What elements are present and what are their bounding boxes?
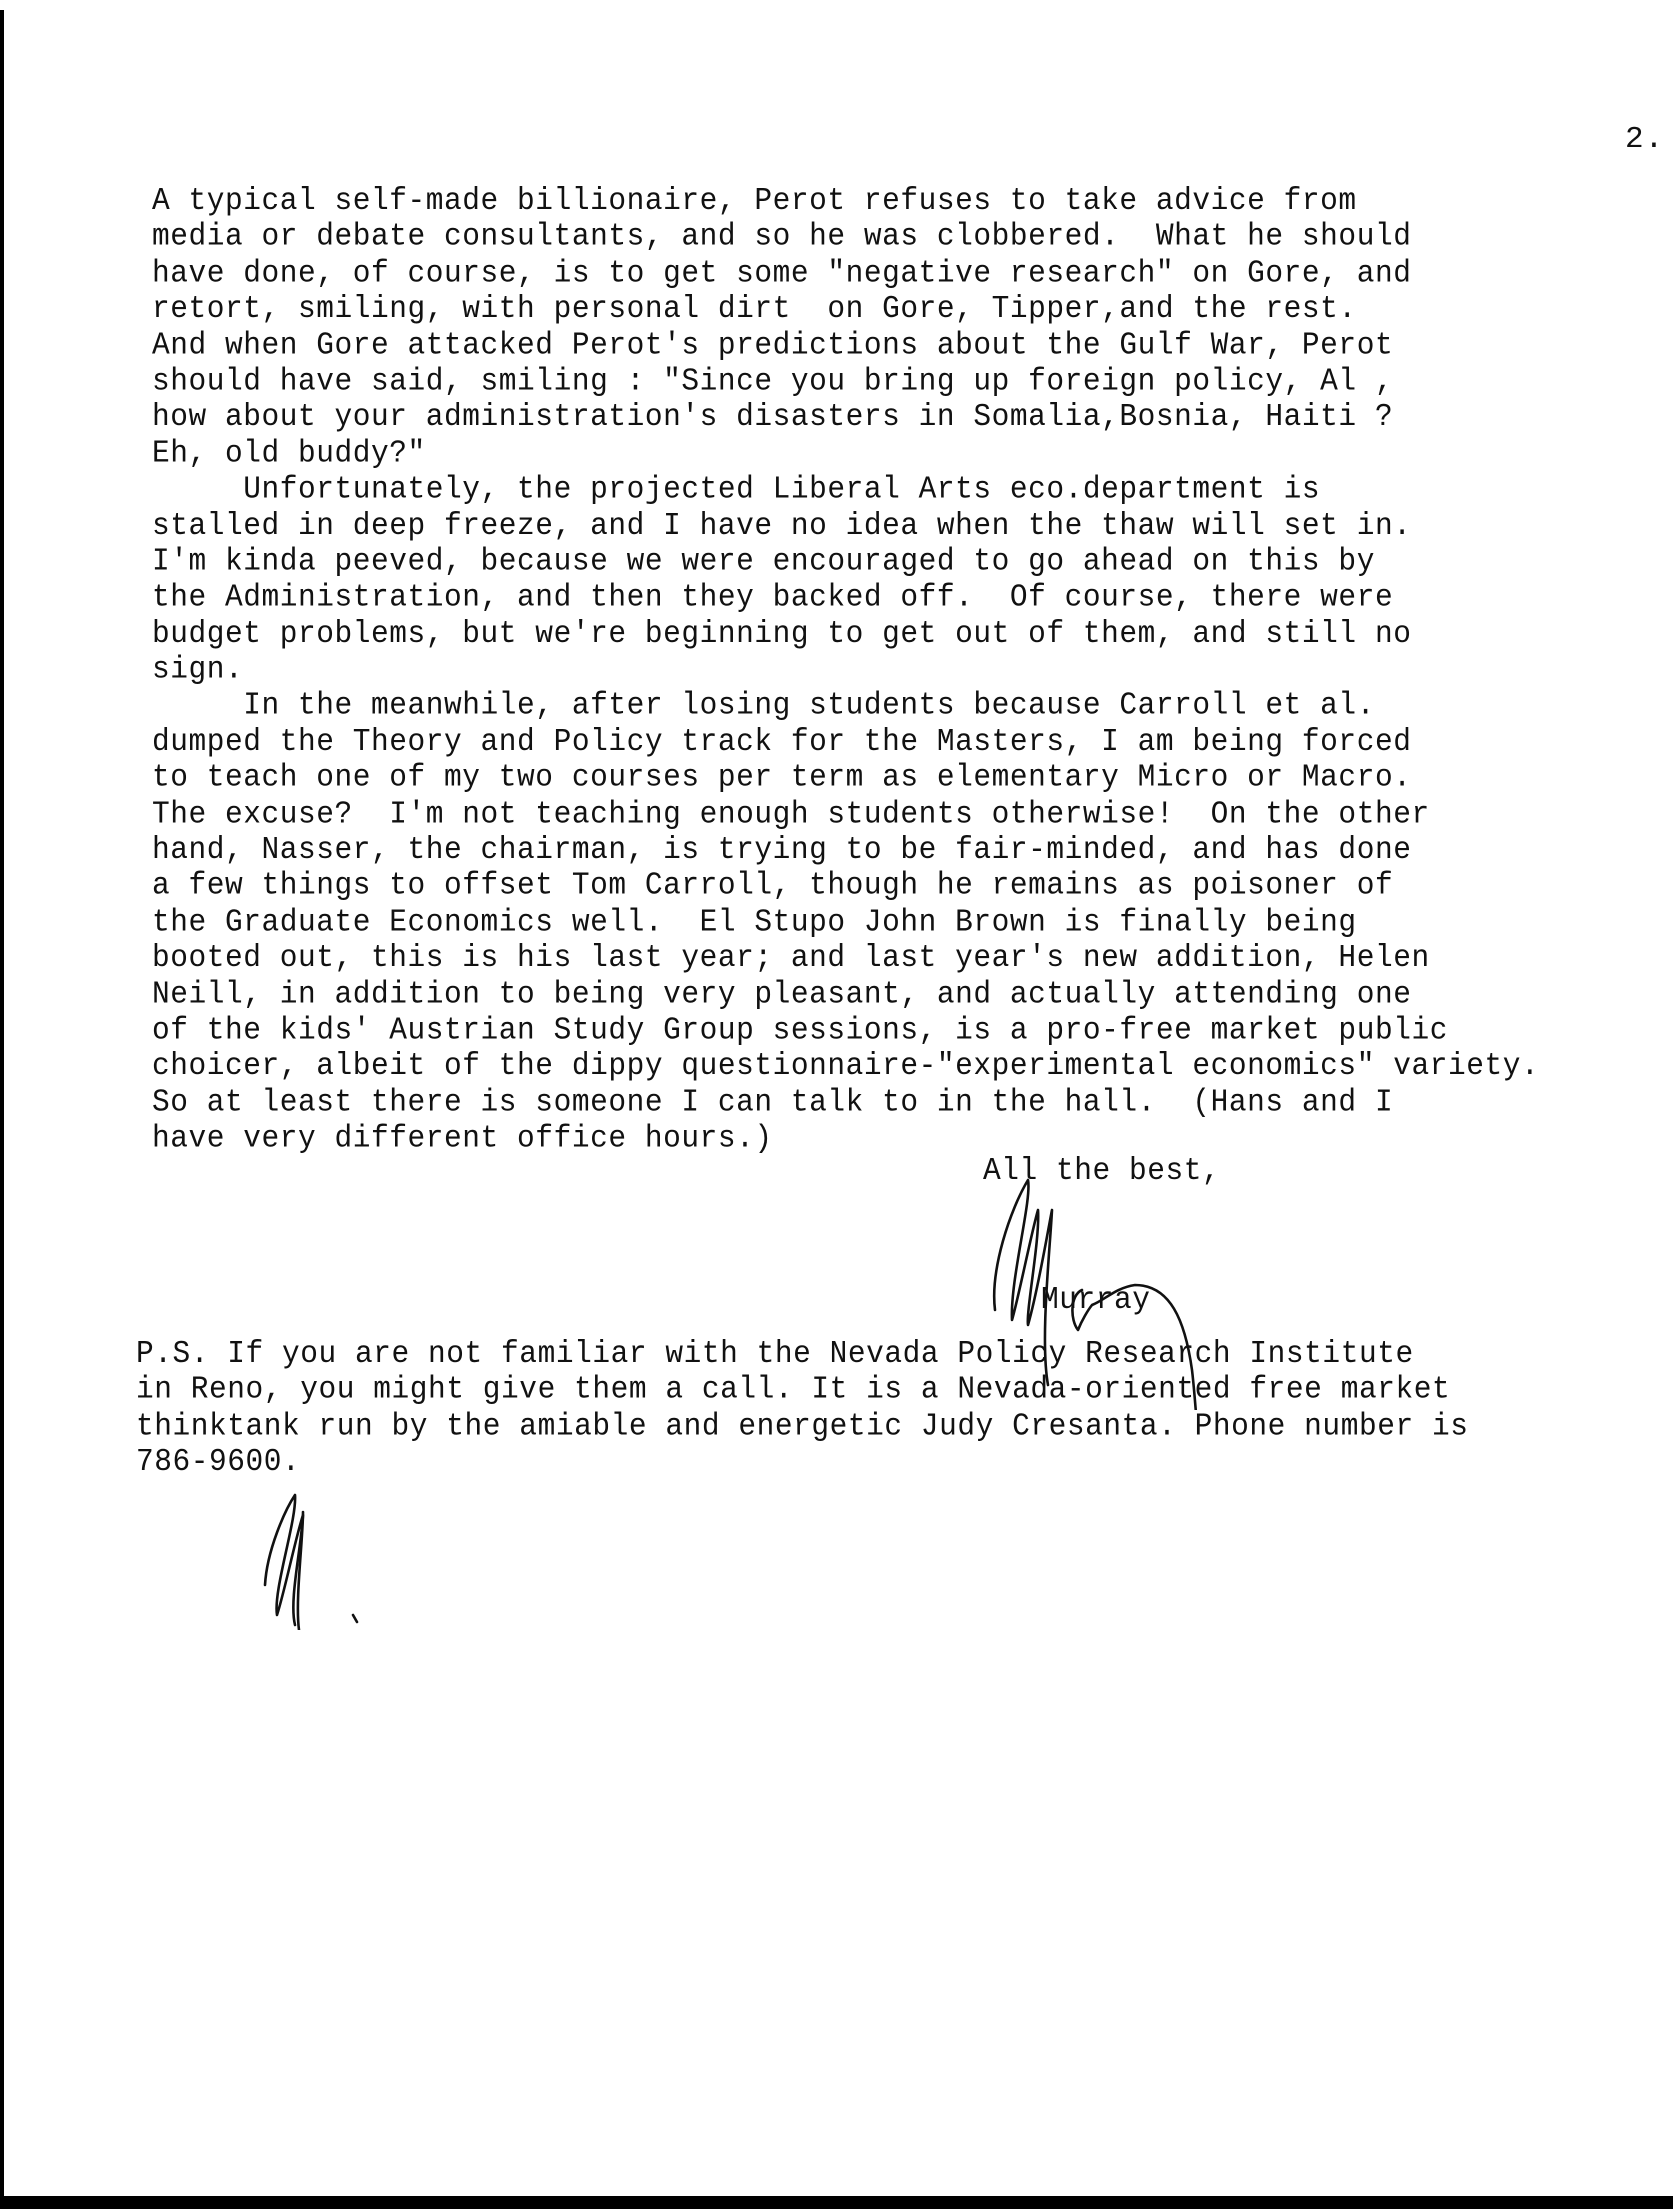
ps-line: 786-9600. (136, 1444, 1468, 1480)
letter-page: 2. A typical self-made billionaire, Pero… (0, 0, 1673, 2209)
body-line: to teach one of my two courses per term … (152, 760, 1672, 796)
body-line: Eh, old buddy?" (152, 435, 1672, 471)
signer-name: Murray (1041, 1281, 1151, 1318)
scan-border-bottom (0, 2196, 1673, 2209)
ps-line: in Reno, you might give them a call. It … (136, 1372, 1468, 1408)
body-line: I'm kinda peeved, because we were encour… (152, 544, 1672, 580)
body-line: the Graduate Economics well. El Stupo Jo… (152, 904, 1672, 940)
body-line: retort, smiling, with personal dirt on G… (152, 291, 1672, 327)
body-line: media or debate consultants, and so he w… (152, 219, 1672, 255)
postscript: P.S. If you are not familiar with the Ne… (136, 1336, 1468, 1480)
ps-line: P.S. If you are not familiar with the Ne… (136, 1336, 1468, 1372)
body-line: of the kids' Austrian Study Group sessio… (152, 1012, 1672, 1048)
body-line: stalled in deep freeze, and I have no id… (152, 508, 1672, 544)
body-line: And when Gore attacked Perot's predictio… (152, 327, 1672, 363)
body-line: Neill, in addition to being very pleasan… (152, 976, 1672, 1012)
body-line: budget problems, but we're beginning to … (152, 616, 1672, 652)
body-line: sign. (152, 652, 1672, 688)
body-line: So at least there is someone I can talk … (152, 1085, 1672, 1121)
body-line: have done, of course, is to get some "ne… (152, 255, 1672, 291)
letter-body: A typical self-made billionaire, Perot r… (152, 183, 1672, 1157)
ps-line: thinktank run by the amiable and energet… (136, 1408, 1468, 1444)
body-line: A typical self-made billionaire, Perot r… (152, 183, 1672, 219)
body-line: Unfortunately, the projected Liberal Art… (152, 471, 1672, 507)
body-line: booted out, this is his last year; and l… (152, 940, 1672, 976)
page-number: 2. (1625, 122, 1664, 157)
body-line: should have said, smiling : "Since you b… (152, 363, 1672, 399)
body-line: The excuse? I'm not teaching enough stud… (152, 796, 1672, 832)
initials-icon (255, 1490, 395, 1630)
body-line: a few things to offset Tom Carroll, thou… (152, 868, 1672, 904)
body-line: In the meanwhile, after losing students … (152, 688, 1672, 724)
body-line: dumped the Theory and Policy track for t… (152, 724, 1672, 760)
body-line: have very different office hours.) (152, 1121, 1672, 1157)
body-line: the Administration, and then they backed… (152, 580, 1672, 616)
body-line: choicer, albeit of the dippy questionnai… (152, 1048, 1672, 1084)
body-line: hand, Nasser, the chairman, is trying to… (152, 832, 1672, 868)
scan-border-left (0, 10, 4, 2196)
body-line: how about your administration's disaster… (152, 399, 1672, 435)
